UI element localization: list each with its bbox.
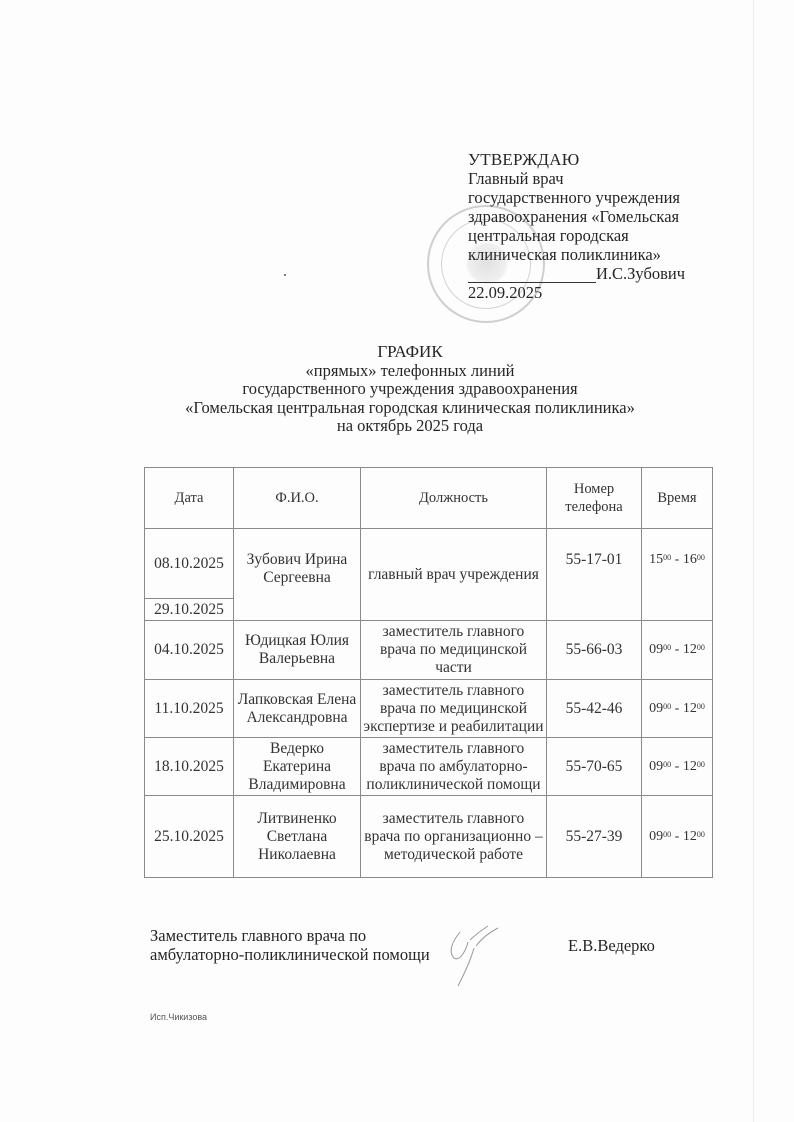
table-header-row: Дата Ф.И.О. Должность Номер телефона Вре… [145,468,713,529]
header-position: Должность [361,468,547,529]
cell-time: 0900 - 1200 [642,680,713,738]
footer-signer: Е.В.Ведерко [568,936,655,955]
executor-note: Исп.Чикизова [150,1012,207,1022]
title-line: «Гомельская центральная городская клинич… [130,399,690,418]
cell-date: 08.10.2025 [145,529,234,599]
approval-signer: И.С.Зубович [596,264,685,283]
cell-name: Зубович Ирина Сергеевна [234,529,361,621]
scan-edge-shade [753,0,754,1122]
cell-time: 0900 - 1200 [642,738,713,796]
approval-line: Главный врач [468,169,728,188]
title-line: государственного учреждения здравоохране… [130,380,690,399]
cell-time: 0900 - 1200 [642,621,713,680]
title-line: на октябрь 2025 года [130,417,690,436]
scan-dot [284,274,286,276]
signature-underline [468,268,596,283]
schedule-table: Дата Ф.И.О. Должность Номер телефона Вре… [144,467,713,878]
cell-date: 18.10.2025 [145,738,234,796]
approval-date: 22.09.2025 [468,283,728,302]
header-phone-line2: телефона [549,498,639,516]
table-row: 11.10.2025 Лапковская Елена Александровн… [145,680,713,738]
title-line: «прямых» телефонных линий [130,362,690,381]
cell-phone: 55-66-03 [547,621,642,680]
cell-name: Ведерко Екатерина Владимировна [234,738,361,796]
footer-signature-block: Заместитель главного врача по амбулаторн… [150,926,710,964]
header-time: Время [642,468,713,529]
table-row: 25.10.2025 Литвиненко Светлана Николаевн… [145,796,713,878]
cell-position: заместитель главного врача по организаци… [361,796,547,878]
cell-phone: 55-27-39 [547,796,642,878]
header-name: Ф.И.О. [234,468,361,529]
cell-position: заместитель главного врача по амбулаторн… [361,738,547,796]
footer-position-line1: Заместитель главного врача по [150,926,366,945]
cell-position: главный врач учреждения [361,529,547,621]
cell-name: Литвиненко Светлана Николаевна [234,796,361,878]
table-row: 08.10.2025 Зубович Ирина Сергеевна главн… [145,529,713,599]
cell-date: 25.10.2025 [145,796,234,878]
cell-date: 11.10.2025 [145,680,234,738]
cell-phone: 55-70-65 [547,738,642,796]
document-page: УТВЕРЖДАЮ Главный врач государственного … [0,0,794,1122]
approval-line: государственного учреждения [468,188,728,207]
document-title: ГРАФИК [130,343,690,362]
cell-position: заместитель главного врача по медицинско… [361,680,547,738]
cell-time: 0900 - 1200 [642,796,713,878]
approval-signature-line: И.С.Зубович [468,264,728,283]
approval-block: УТВЕРЖДАЮ Главный врач государственного … [468,150,728,302]
cell-time: 1500 - 1600 [642,529,713,621]
header-date: Дата [145,468,234,529]
cell-phone: 55-17-01 [547,529,642,621]
cell-position: заместитель главного врача по медицинско… [361,621,547,680]
approval-line: центральная городская [468,226,728,245]
header-phone: Номер телефона [547,468,642,529]
document-title-block: ГРАФИК «прямых» телефонных линий государ… [130,343,690,436]
table-row: 04.10.2025 Юдицкая Юлия Валерьевна замес… [145,621,713,680]
approval-line: клиническая поликлиника» [468,245,728,264]
approval-line: здравоохранения «Гомельская [468,207,728,226]
header-phone-line1: Номер [549,480,639,498]
approval-heading: УТВЕРЖДАЮ [468,150,728,169]
table-row: 18.10.2025 Ведерко Екатерина Владимировн… [145,738,713,796]
cell-phone: 55-42-46 [547,680,642,738]
cell-name: Лапковская Елена Александровна [234,680,361,738]
cell-name: Юдицкая Юлия Валерьевна [234,621,361,680]
cell-date: 04.10.2025 [145,621,234,680]
cell-date: 29.10.2025 [145,599,234,621]
